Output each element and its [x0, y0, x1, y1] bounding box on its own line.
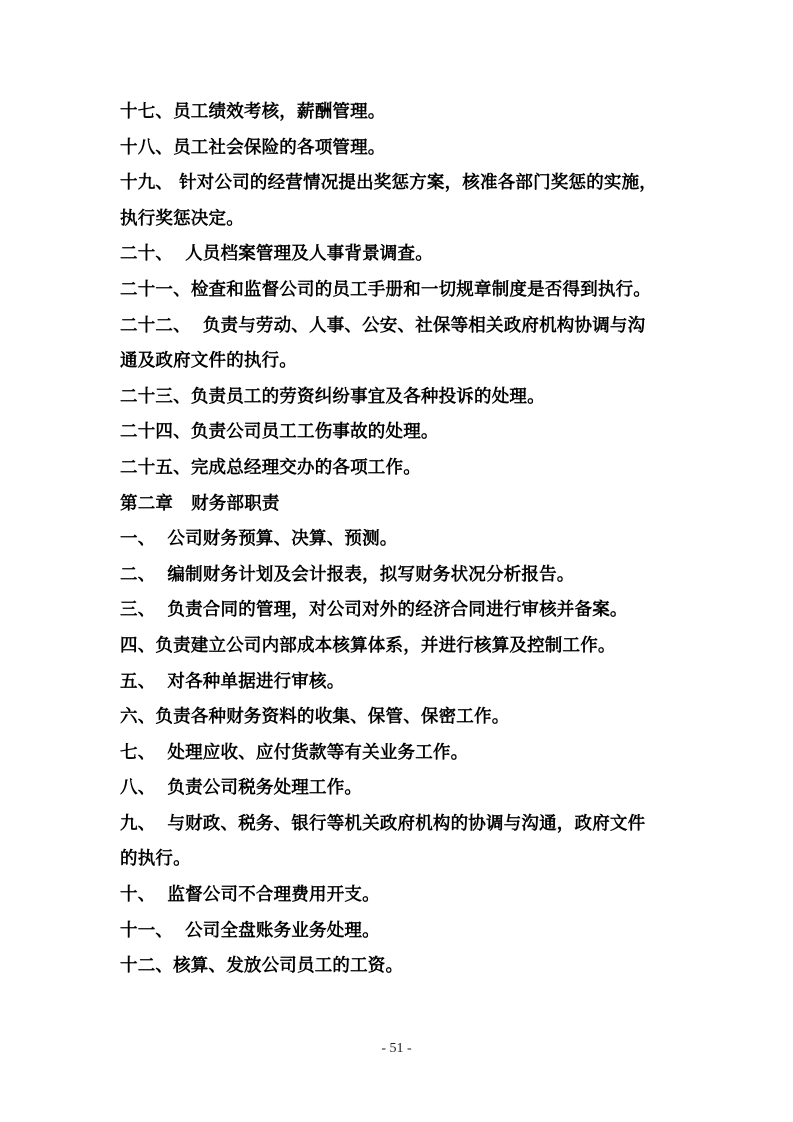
- item-number: 七、: [120, 743, 155, 763]
- list-item: 二十三、负责员工的劳资纠纷事宜及各种投诉的处理。: [120, 380, 680, 416]
- list-item: 五、 对各种单据进行审核。: [120, 665, 680, 701]
- list-item: 十九、 针对公司的经营情况提出奖惩方案，核准各部门奖惩的实施，: [120, 166, 680, 202]
- item-text: 人员档案管理及人事背景调查。: [185, 244, 433, 264]
- list-item-continuation: 执行奖惩决定。: [120, 202, 680, 238]
- item-text: 负责与劳动、人事、公安、社保等相关政府机构协调与沟: [203, 316, 646, 336]
- item-text: 员工社会保险的各项管理。: [173, 138, 385, 158]
- list-item: 九、 与财政、税务、银行等机关政府机构的协调与沟通，政府文件: [120, 807, 680, 843]
- list-item: 十二、核算、发放公司员工的工资。: [120, 949, 680, 985]
- chapter-heading: 第二章 财务部职责: [120, 487, 680, 523]
- list-item: 六、负责各种财务资料的收集、保管、保密工作。: [120, 700, 680, 736]
- item-number: 二十五、: [120, 458, 191, 478]
- item-number: 二十四、: [120, 422, 191, 442]
- item-number: 四、: [120, 636, 155, 656]
- item-number: 二十二、: [120, 316, 191, 336]
- list-item: 二十、 人员档案管理及人事背景调查。: [120, 237, 680, 273]
- item-number: 一、: [120, 529, 155, 549]
- list-item-continuation: 通及政府文件的执行。: [120, 344, 680, 380]
- chapter-title: 财务部职责: [191, 494, 280, 514]
- item-number: 九、: [120, 814, 155, 834]
- document-body: 十七、员工绩效考核，薪酬管理。 十八、员工社会保险的各项管理。 十九、 针对公司…: [120, 95, 680, 985]
- item-number: 五、: [120, 672, 155, 692]
- item-number: 八、: [120, 778, 155, 798]
- chapter-number: 第二章: [120, 494, 173, 514]
- list-item-continuation: 的执行。: [120, 842, 680, 878]
- item-text: 与财政、税务、银行等机关政府机构的协调与沟通，政府文件: [167, 814, 645, 834]
- list-item: 二十一、检查和监督公司的员工手册和一切规章制度是否得到执行。: [120, 273, 680, 309]
- item-number: 二十三、: [120, 387, 191, 407]
- item-text: 监督公司不合理费用开支。: [167, 885, 379, 905]
- list-item: 二、 编制财务计划及会计报表，拟写财务状况分析报告。: [120, 558, 680, 594]
- item-text: 负责各种财务资料的收集、保管、保密工作。: [155, 707, 509, 727]
- item-number: 十九、: [120, 173, 173, 193]
- item-text: 完成总经理交办的各项工作。: [191, 458, 421, 478]
- page-number: - 51 -: [0, 1041, 793, 1057]
- item-text: 对各种单据进行审核。: [167, 672, 344, 692]
- item-text: 针对公司的经营情况提出奖惩方案，核准各部门奖惩的实施，: [179, 173, 657, 193]
- item-text: 员工绩效考核，薪酬管理。: [173, 102, 385, 122]
- item-number: 十八、: [120, 138, 173, 158]
- item-number: 十一、: [120, 921, 173, 941]
- list-item: 十、 监督公司不合理费用开支。: [120, 878, 680, 914]
- item-text: 负责公司员工工伤事故的处理。: [191, 422, 439, 442]
- item-number: 六、: [120, 707, 155, 727]
- list-item: 十七、员工绩效考核，薪酬管理。: [120, 95, 680, 131]
- item-text: 执行奖惩决定。: [120, 209, 244, 229]
- list-item: 十八、员工社会保险的各项管理。: [120, 131, 680, 167]
- item-number: 二十一、: [120, 280, 191, 300]
- list-item: 三、 负责合同的管理，对公司对外的经济合同进行审核并备案。: [120, 593, 680, 629]
- item-text: 负责合同的管理，对公司对外的经济合同进行审核并备案。: [167, 600, 627, 620]
- item-text: 公司财务预算、决算、预测。: [167, 529, 397, 549]
- item-text: 检查和监督公司的员工手册和一切规章制度是否得到执行。: [191, 280, 651, 300]
- item-number: 十二、: [120, 956, 173, 976]
- list-item: 八、 负责公司税务处理工作。: [120, 771, 680, 807]
- document-page: 十七、员工绩效考核，薪酬管理。 十八、员工社会保险的各项管理。 十九、 针对公司…: [0, 0, 793, 1122]
- item-text: 负责公司税务处理工作。: [167, 778, 362, 798]
- item-number: 二、: [120, 565, 155, 585]
- list-item: 四、负责建立公司内部成本核算体系，并进行核算及控制工作。: [120, 629, 680, 665]
- list-item: 二十二、 负责与劳动、人事、公安、社保等相关政府机构协调与沟: [120, 309, 680, 345]
- list-item: 七、 处理应收、应付货款等有关业务工作。: [120, 736, 680, 772]
- item-number: 三、: [120, 600, 155, 620]
- item-text: 编制财务计划及会计报表，拟写财务状况分析报告。: [167, 565, 574, 585]
- list-item: 十一、 公司全盘账务业务处理。: [120, 914, 680, 950]
- item-number: 二十、: [120, 244, 173, 264]
- item-number: 十七、: [120, 102, 173, 122]
- item-text: 的执行。: [120, 849, 191, 869]
- list-item: 二十四、负责公司员工工伤事故的处理。: [120, 415, 680, 451]
- item-text: 负责员工的劳资纠纷事宜及各种投诉的处理。: [191, 387, 545, 407]
- item-text: 处理应收、应付货款等有关业务工作。: [167, 743, 468, 763]
- item-number: 十、: [120, 885, 155, 905]
- list-item: 二十五、完成总经理交办的各项工作。: [120, 451, 680, 487]
- list-item: 一、 公司财务预算、决算、预测。: [120, 522, 680, 558]
- item-text: 通及政府文件的执行。: [120, 351, 297, 371]
- item-text: 公司全盘账务业务处理。: [185, 921, 380, 941]
- item-text: 负责建立公司内部成本核算体系，并进行核算及控制工作。: [155, 636, 615, 656]
- item-text: 核算、发放公司员工的工资。: [173, 956, 403, 976]
